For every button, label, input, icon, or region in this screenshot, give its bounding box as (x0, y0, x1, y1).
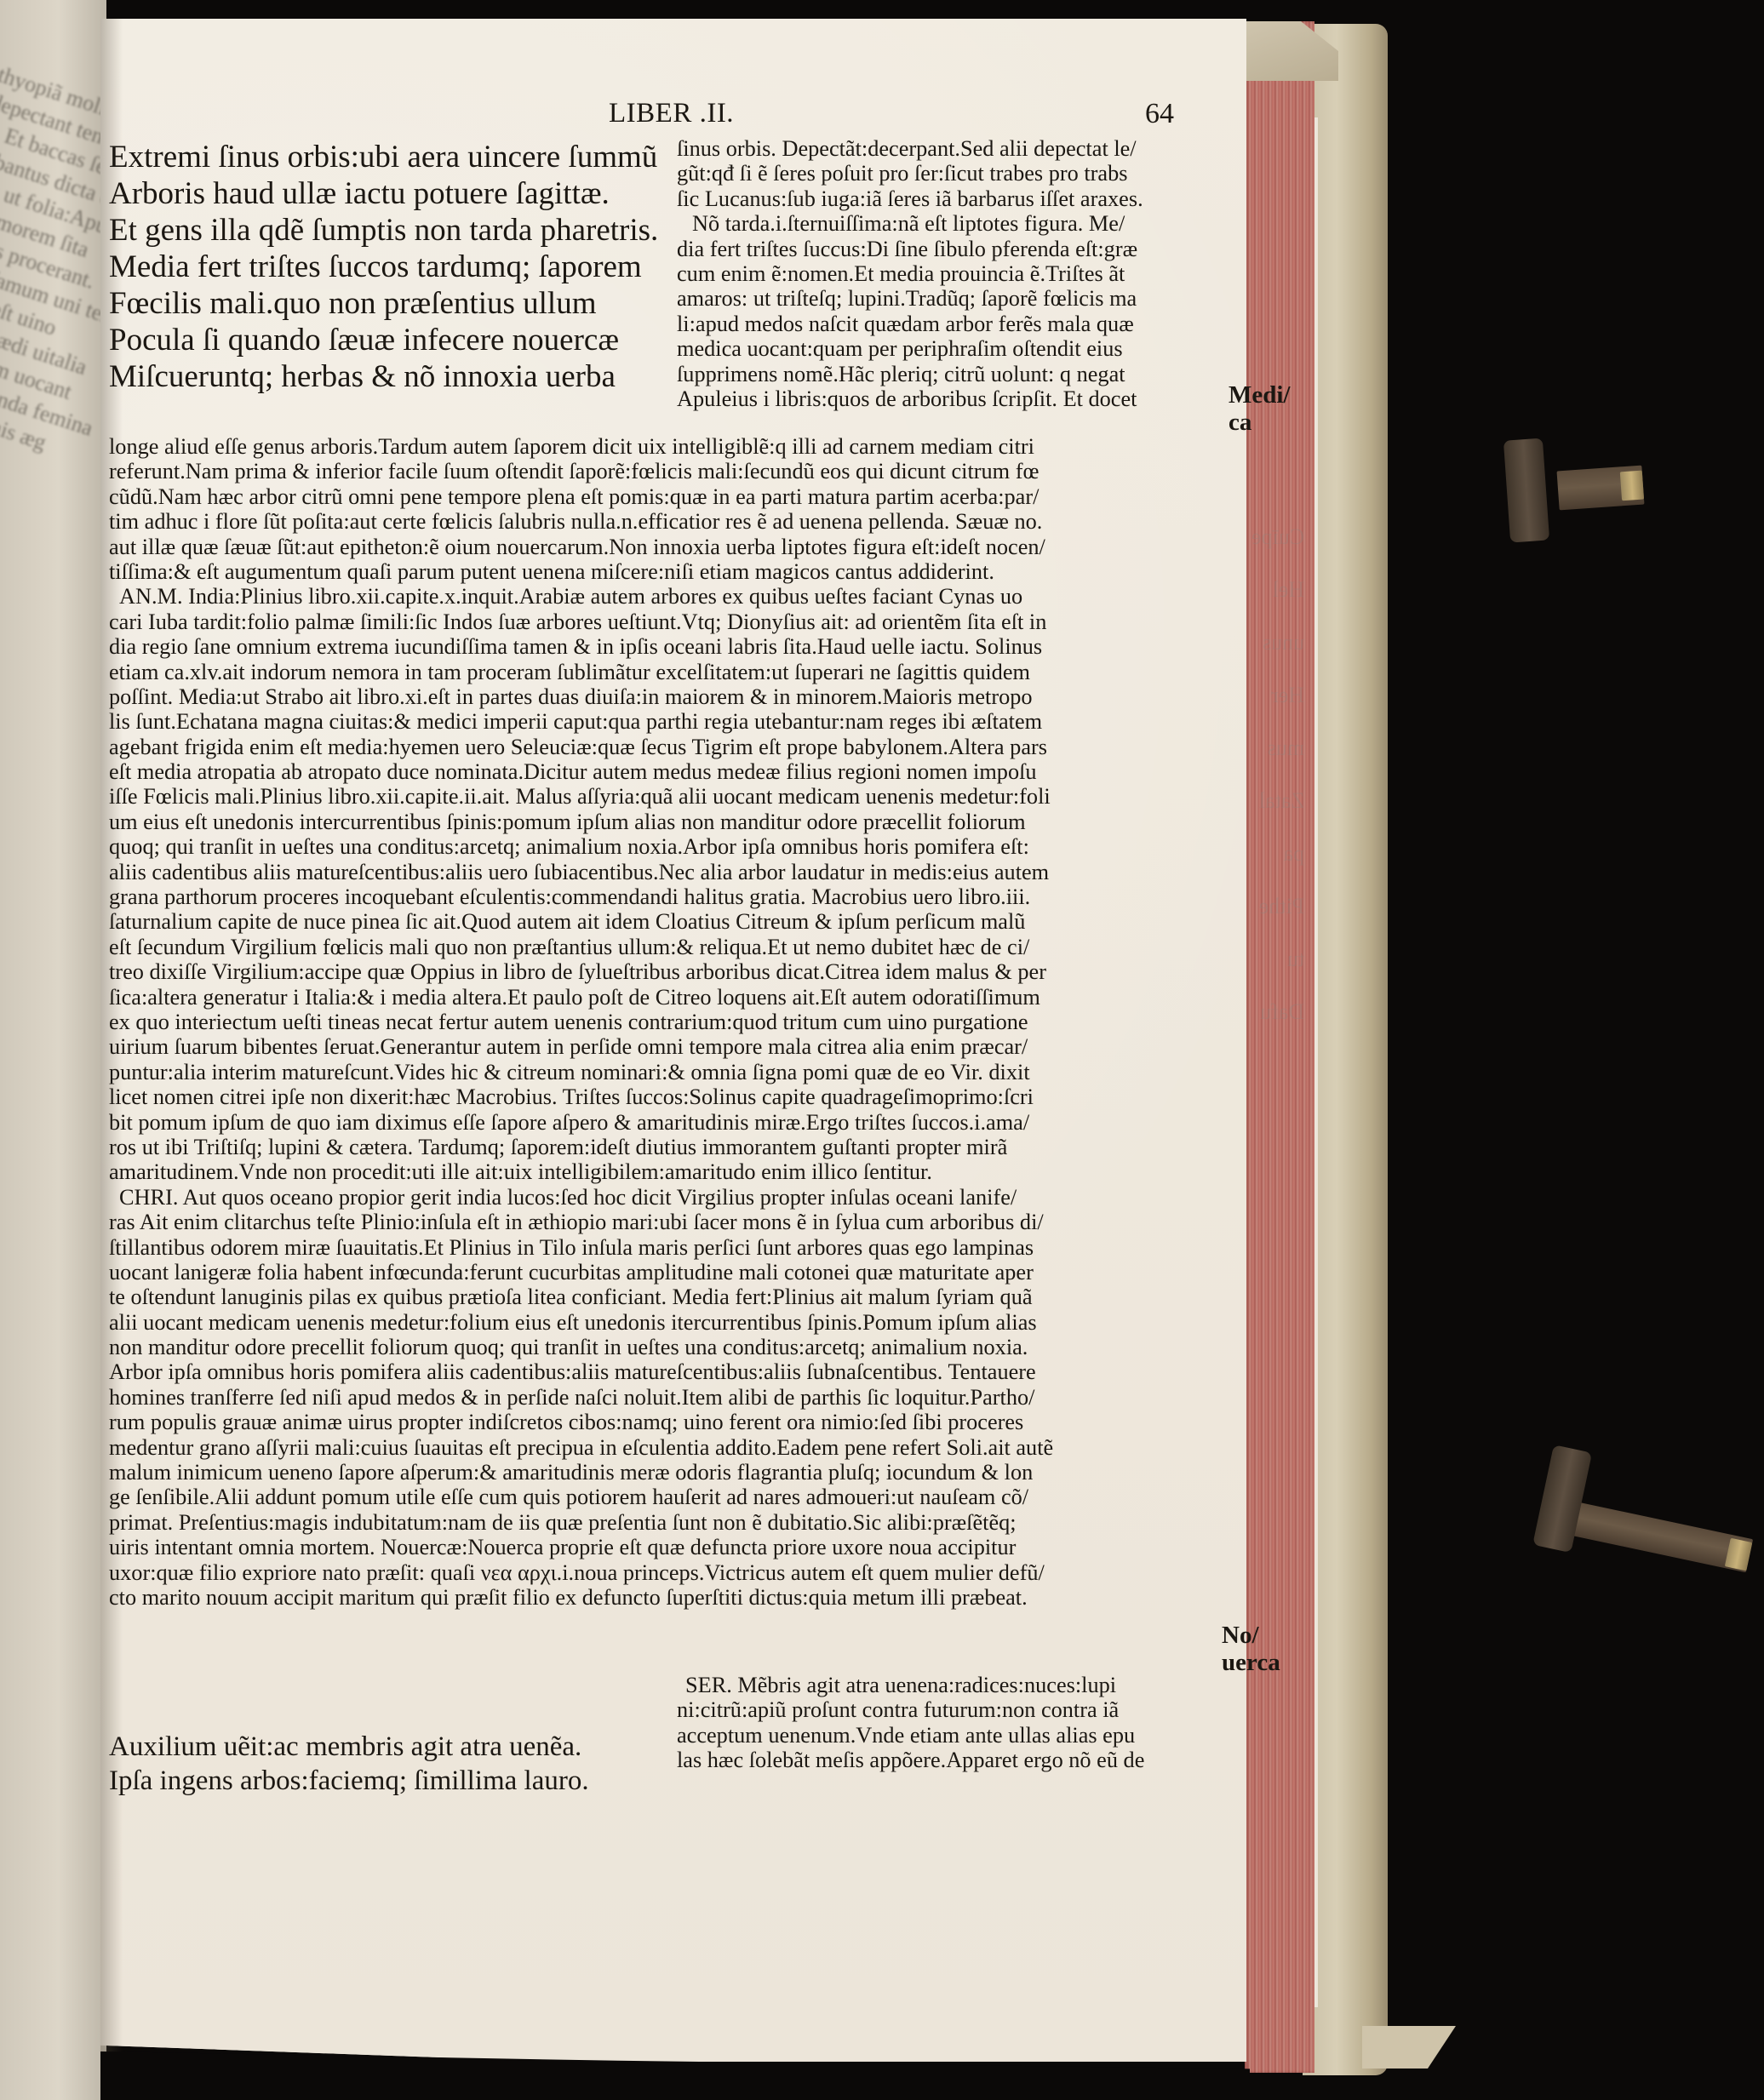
marginal-note-nouerca: No/ uerca (1222, 1622, 1280, 1676)
commentary-line: etiam ca.xlv.ait indorum nemora in tam p… (109, 660, 1216, 684)
commentary-line: lis ſunt.Echatana magna ciuitas:& medici… (109, 709, 1216, 734)
commentary-line: amaritudinem.Vnde non procedit:uti ille … (109, 1159, 1216, 1184)
commentary-line: tiſſima:& eſt augumentum quaſi parum put… (109, 559, 1216, 584)
commentary-line: malum inimicum ueneno ſapore aſperum:& a… (109, 1460, 1216, 1485)
commentary-line: uiris intentant omnia mortem. Nouercæ:No… (109, 1535, 1216, 1559)
commentary-line: cto marito nouum accipit maritum qui præ… (109, 1585, 1216, 1610)
verse-line: Fœcilis mali.quo non præſentius ullum (109, 285, 658, 322)
upper-clasp-hinge (1503, 438, 1549, 543)
commentary-line: grana parthorum proceres incoquebant eſc… (109, 884, 1216, 909)
verse-line: Auxilium uẽit:ac membris agit atra uenẽa… (109, 1730, 589, 1764)
commentary-line: licet nomen citrei ipſe non dixerit:hæc … (109, 1084, 1216, 1109)
commentary-line: eſt media atropatia ab atropato duce nom… (109, 759, 1216, 784)
commentary-line: ge ſenſibile.Alii addunt pomum utile eſſ… (109, 1485, 1216, 1509)
commentary-line: uxor:quæ filio expriore nato præſit: qua… (109, 1560, 1216, 1585)
commentary-line: ni:citrũ:apiũ proſunt contra futurum:non… (677, 1697, 1144, 1722)
commentary-line: non manditur odore precellit foliorum qu… (109, 1335, 1216, 1359)
left-facing-page: a æthyopiã molli catẽ lus depectant tenu… (0, 0, 106, 2100)
commentary-right-top: ſinus orbis. Depectãt:decerpant.Sed alii… (677, 136, 1143, 411)
commentary-line: medica uocant:quam per periphraſim oſten… (677, 336, 1143, 361)
lower-clasp-hinge (1532, 1445, 1592, 1553)
commentary-line: rum populis grauæ animæ uirus propter in… (109, 1410, 1216, 1434)
commentary-line: uocant lanigeræ folia habent infœcunda:f… (109, 1260, 1216, 1285)
red-fore-edge (1245, 21, 1314, 2073)
running-head: LIBER .II. (609, 98, 734, 129)
commentary-line: aut illæ quæ ſæuæ ſũt:aut epitheton:ẽ oi… (109, 535, 1216, 559)
verse-line: Pocula ſi quando ſæuæ infecere nouercæ (109, 322, 658, 358)
commentary-line: cũdũ.Nam hæc arbor citrũ omni pene tempo… (109, 484, 1216, 509)
upper-clasp (1557, 466, 1645, 511)
commentary-line: dia regio ſane omnium extrema iucundiſſi… (109, 634, 1216, 659)
commentary-line: ſtillantibus odorem miræ ſuauitatis.Et P… (109, 1235, 1216, 1260)
commentary-line: acceptum uenenum.Vnde etiam ante ullas a… (677, 1723, 1144, 1748)
commentary-line: ras Ait enim clitarchus teſte Plinio:inſ… (109, 1210, 1216, 1234)
commentary-line: homines tranſferre ſed niſi apud medos &… (109, 1385, 1216, 1410)
commentary-line: amaros: ut triſteſq; lupini.Tradũq; ſapo… (677, 286, 1143, 311)
commentary-line: li:apud medos naſcit quædam arbor ferẽs … (677, 312, 1143, 336)
commentary-line: iſſe Fœlicis mali.Plinius libro.xii.capi… (109, 784, 1216, 809)
commentary-line: Arbor ipſa omnibus horis pomifera aliis … (109, 1359, 1216, 1384)
commentary-line: primat. Preſentius:magis indubitatum:nam… (109, 1510, 1216, 1535)
vellum-binding (1303, 24, 1388, 2075)
marginal-note-medica: Medi/ ca (1228, 381, 1291, 436)
commentary-line: ſica:altera generatur i Italia:& i media… (109, 985, 1216, 1010)
verse-line: Arboris haud ullæ iactu potuere ſagittæ. (109, 175, 658, 212)
commentary-full-width: longe aliud eſſe genus arboris.Tardum au… (109, 434, 1216, 1610)
commentary-line: AN.M. India:Plinius libro.xii.capite.x.i… (109, 584, 1216, 609)
left-page-ghost-text: a æthyopiã molli catẽ lus depectant tenu… (0, 51, 106, 478)
commentary-line: gũt:qđ ſi ẽ ſeres poſuit pro ſer:ſicut t… (677, 161, 1143, 186)
commentary-line: ſic Lucanus:ſub iuga:iã ſeres iã barbaru… (677, 186, 1143, 211)
commentary-line: cum enim ẽ:nomen.Et media prouincia ẽ.Tr… (677, 261, 1143, 286)
commentary-line: um eius eſt unedonis intercurrentibus ſp… (109, 810, 1216, 834)
binding-bottom-corner (1362, 2026, 1456, 2069)
verse-line: Ipſa ingens arbos:faciemq; ſimillima lau… (109, 1764, 589, 1798)
commentary-line: ſinus orbis. Depectãt:decerpant.Sed alii… (677, 136, 1143, 161)
commentary-line: Nõ tarda.i.ſternuiſſima:nã eſt liptotes … (677, 211, 1143, 236)
commentary-line: dia fert triſtes ſuccus:Di ſine ſibulo p… (677, 237, 1143, 261)
commentary-line: Apuleius i libris:quos de arboribus ſcri… (677, 386, 1143, 411)
verse-line: Extremi ſinus orbis:ubi aera uincere ſum… (109, 139, 658, 175)
commentary-right-bottom: SER. Mẽbris agit atra uenena:radices:nuc… (677, 1673, 1144, 1773)
commentary-line: treo dixiſſe Virgilium:accipe quæ Oppius… (109, 959, 1216, 984)
verse-line: Media fert triſtes ſuccos tardumq; ſapor… (109, 249, 658, 285)
commentary-line: las hæc ſolebãt meſis appõere.Apparet er… (677, 1748, 1144, 1772)
verse-line: Miſcueruntq; herbas & nõ innoxia uerba (109, 358, 658, 395)
commentary-line: tim adhuc i flore ſũt poſita:aut certe f… (109, 509, 1216, 534)
commentary-line: ſaturnalium capite de nuce pinea ſic ait… (109, 909, 1216, 934)
commentary-line: te oſtendunt lanuginis pilas ex quibus p… (109, 1285, 1216, 1309)
commentary-line: medentur grano aſſyrii mali:cuius ſuauit… (109, 1435, 1216, 1460)
commentary-line: ros ut ibi Triſtiſq; lupini & cætera. Ta… (109, 1135, 1216, 1159)
commentary-line: SER. Mẽbris agit atra uenena:radices:nuc… (677, 1673, 1144, 1697)
commentary-line: referunt.Nam prima & inferior facile ſuu… (109, 459, 1216, 484)
commentary-line: cari Iuba tardit:folio palmæ ſimili:ſic … (109, 609, 1216, 634)
commentary-line: CHRI. Aut quos oceano propior gerit indi… (109, 1185, 1216, 1210)
commentary-line: eſt ſecundum Virgilium fœlicis mali quo … (109, 935, 1216, 959)
verse-line: Et gens illa qdẽ ſumptis non tarda phare… (109, 212, 658, 249)
verse-block-bottom: Auxilium uẽit:ac membris agit atra uenẽa… (109, 1730, 589, 1798)
lower-clasp-brass-tip (1725, 1538, 1753, 1571)
commentary-line: puntur:alia interim matureſcunt.Vides hi… (109, 1060, 1216, 1084)
commentary-line: ſupprimens nomẽ.Hãc pleriq; citrũ uolunt… (677, 362, 1143, 386)
verse-block-top: Extremi ſinus orbis:ubi aera uincere ſum… (109, 139, 658, 395)
commentary-line: aliis cadentibus aliis matureſcentibus:a… (109, 860, 1216, 884)
show-through-marginalia: Cuīpe Hel unus Her mus Zatal pa Pithe tu… (1251, 511, 1304, 1039)
commentary-line: longe aliud eſſe genus arboris.Tardum au… (109, 434, 1216, 459)
folio-number: 64 (1145, 98, 1174, 130)
commentary-line: uirium ſuarum bibentes ſeruat.Generantur… (109, 1034, 1216, 1059)
commentary-line: quoq; qui tranſit in ueſtes una conditus… (109, 834, 1216, 859)
commentary-line: alii uocant medicam uenenis medetur:foli… (109, 1310, 1216, 1335)
commentary-line: ex quo interiectum ueſti tineas necat fe… (109, 1010, 1216, 1034)
lower-clasp (1555, 1498, 1753, 1572)
commentary-line: agebant frigida enim eſt media:hyemen ue… (109, 735, 1216, 759)
commentary-line: bit pomum ipſum de quo iam diximus eſſe … (109, 1110, 1216, 1135)
upper-clasp-brass-tip (1620, 471, 1644, 501)
commentary-line: poſſint. Media:ut Strabo ait libro.xi.eſ… (109, 684, 1216, 709)
